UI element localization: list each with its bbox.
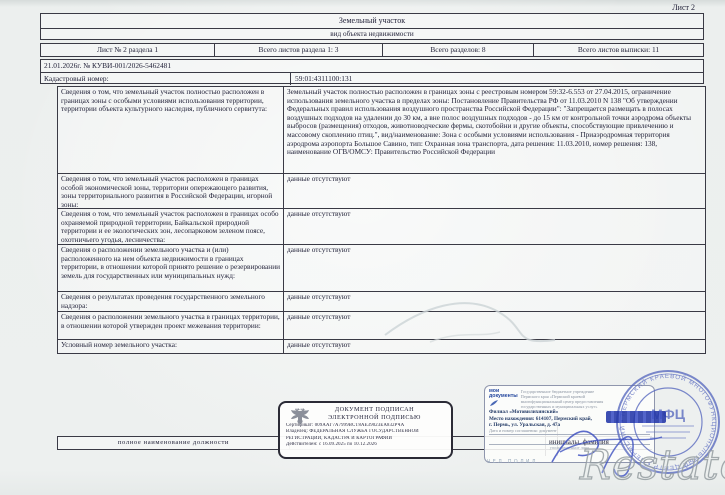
hummingbird-icon [489,400,499,407]
meta-total-sections: Всего разделов: 8 [383,44,534,56]
cadastral-number-label: Кадастровый номер: [41,73,291,85]
object-type-caption: вид объекта недвижимости [41,29,703,41]
esign-title-line2: ЭЛЕКТРОННОЙ ПОДПИСЬЮ [304,414,445,422]
esign-title-line1: ДОКУМЕНТ ПОДПИСАН [304,406,445,414]
mfc-logo: мои документы [489,389,518,409]
meta-sheet-of-section: Лист № 2 раздела 1 [41,44,215,56]
table-row: Сведения о том, что земельный участок по… [58,87,705,173]
row-label: Условный номер земельного участка: [58,340,284,353]
esign-validity: Действителен: с 16.09.2025 по 10.12.2026 [286,442,445,448]
date-and-number: 21.01.2026г. № КУВИ-001/2026-5462481 [41,60,703,73]
row-label: Сведения о расположении земельного участ… [58,245,284,291]
doc-number-table: 21.01.2026г. № КУВИ-001/2026-5462481 Кад… [40,59,704,84]
table-row: Сведения о том, что земельный участок ра… [58,173,705,208]
object-type-table: Земельный участок вид объекта недвижимос… [40,13,704,40]
sheet-number: Лист 2 [672,3,695,12]
electronic-signature-stamp: ДОКУМЕНТ ПОДПИСАН ЭЛЕКТРОННОЙ ПОДПИСЬЮ С… [278,401,453,459]
row-label: Сведения о том, что земельный участок по… [58,87,284,173]
row-value: данные отсутствуют [284,174,705,208]
meta-total-sheets-section: Всего листов раздела 1: 3 [215,44,383,56]
row-label: Сведения о том, что земельный участок ра… [58,209,284,244]
sheet-meta-row: Лист № 2 раздела 1 Всего листов раздела … [40,43,704,57]
scanned-document-page: Лист 2 Земельный участок вид объекта нед… [0,0,725,495]
watermark-text: Restate [580,443,725,487]
meta-total-sheets-extract: Всего листов выписки: 11 [534,44,703,56]
row-label: Сведения о расположении земельного участ… [58,312,284,339]
table-row: Сведения о том, что земельный участок ра… [58,208,705,244]
object-type-title: Земельный участок [41,14,703,29]
row-label: Сведения о том, что земельный участок ра… [58,174,284,208]
row-value: данные отсутствуют [284,209,705,244]
row-value: Земельный участок полностью расположен в… [284,87,705,173]
position-title-cell: полное наименование должности [57,436,290,450]
pencil-scribble [370,280,590,360]
cadastral-number-value: 59:01:4311100:131 [291,73,703,85]
double-headed-eagle-icon [290,408,310,426]
row-label: Сведения о результатах проведения госуда… [58,292,284,311]
